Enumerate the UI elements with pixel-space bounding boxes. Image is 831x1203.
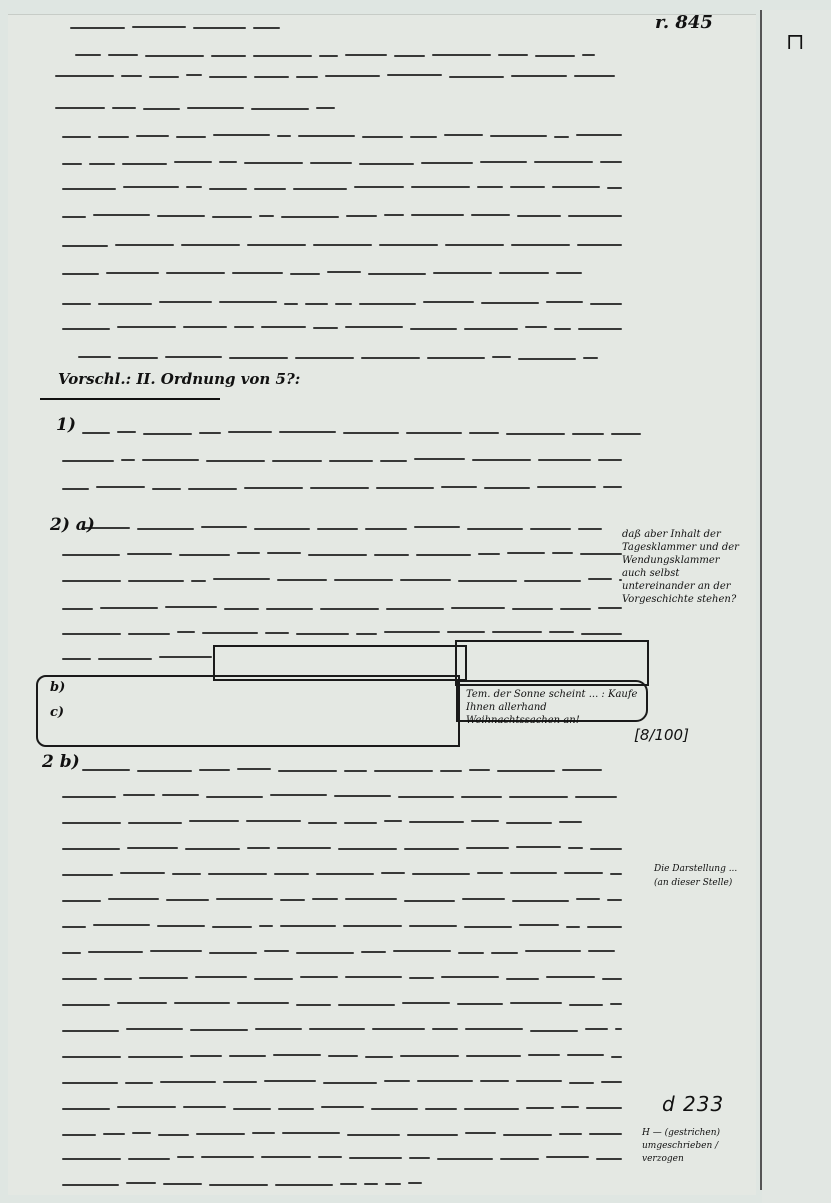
catalog-mark: [8/100] — [634, 726, 689, 744]
handwriting-stroke — [569, 1082, 594, 1084]
handwriting-stroke — [254, 188, 286, 190]
handwriting-stroke — [362, 136, 403, 138]
handwriting-stroke — [212, 926, 252, 928]
handwriting-stroke — [62, 796, 116, 798]
handwriting-stroke — [123, 794, 155, 796]
handwriting-stroke — [279, 431, 336, 433]
handwriting-stroke — [437, 1158, 493, 1160]
handwriting-stroke — [372, 1028, 425, 1030]
handwriting-stroke — [406, 432, 462, 434]
handwriting-stroke — [365, 1056, 393, 1058]
handwriting-stroke — [232, 272, 283, 274]
handwriting-stroke — [266, 608, 313, 610]
handwriting-stroke — [559, 821, 582, 823]
handwriting-stroke — [190, 1029, 248, 1031]
handwriting-stroke — [179, 554, 230, 556]
handwriting-stroke — [104, 978, 132, 980]
handwriting-stroke — [499, 272, 549, 274]
handwriting-stroke — [480, 1080, 509, 1082]
handwriting-stroke — [310, 487, 369, 489]
handwriting-stroke — [177, 631, 195, 633]
handwriting-stroke — [62, 460, 114, 462]
handwriting-stroke — [199, 769, 230, 771]
drawn-box-left — [36, 675, 460, 747]
handwriting-stroke — [380, 460, 407, 462]
margin-note-2: Die Darstellung ... (an dieser Stelle) — [654, 862, 754, 890]
handwriting-stroke — [272, 460, 322, 462]
handwriting-stroke — [55, 75, 114, 77]
handwriting-stroke — [554, 136, 569, 138]
handwriting-stroke — [293, 188, 347, 190]
handwriting-stroke — [261, 1156, 311, 1158]
handwriting-stroke — [344, 822, 377, 824]
handwriting-stroke — [75, 54, 101, 56]
handwriting-stroke — [552, 552, 573, 554]
handwriting-stroke — [188, 488, 237, 490]
handwriting-stroke — [576, 134, 622, 136]
handwriting-stroke — [264, 950, 289, 952]
handwriting-stroke — [295, 357, 354, 359]
handwriting-stroke — [277, 579, 327, 581]
handwriting-stroke — [62, 163, 82, 165]
handwriting-stroke — [512, 900, 569, 902]
handwriting-stroke — [384, 1080, 410, 1082]
handwriting-stroke — [458, 580, 517, 582]
handwriting-stroke — [409, 821, 464, 823]
handwriting-stroke — [368, 273, 426, 275]
handwriting-stroke — [404, 848, 459, 850]
handwriting-stroke — [491, 952, 518, 954]
handwriting-stroke — [233, 1108, 271, 1110]
handwriting-stroke — [98, 136, 129, 138]
handwriting-stroke — [588, 578, 612, 580]
handwriting-stroke — [567, 1054, 604, 1056]
handwriting-stroke — [150, 950, 202, 952]
handwriting-stroke — [62, 658, 91, 660]
handwriting-stroke — [247, 244, 306, 246]
handwriting-stroke — [462, 898, 505, 900]
handwriting-stroke — [321, 1106, 364, 1108]
handwriting-stroke — [510, 186, 545, 188]
handwriting-stroke — [166, 899, 209, 901]
handwriting-stroke — [282, 1132, 340, 1134]
handwriting-stroke — [385, 1183, 401, 1185]
handwriting-stroke — [229, 357, 288, 359]
handwriting-stroke — [290, 273, 320, 275]
handwriting-stroke — [365, 528, 407, 530]
handwriting-stroke — [568, 847, 583, 849]
handwriting-stroke — [530, 528, 571, 530]
adjacent-page-strip — [762, 10, 831, 1203]
handwriting-stroke — [327, 271, 361, 273]
handwriting-stroke — [381, 872, 405, 874]
handwriting-stroke — [492, 356, 511, 358]
handwriting-stroke — [409, 1157, 430, 1159]
handwriting-stroke — [183, 1106, 226, 1108]
handwriting-stroke — [340, 1183, 357, 1185]
handwriting-stroke — [120, 872, 165, 874]
handwriting-stroke — [581, 633, 622, 635]
handwriting-stroke — [209, 1184, 268, 1186]
handwriting-stroke — [568, 215, 622, 217]
handwriting-stroke — [259, 215, 274, 217]
handwriting-stroke — [490, 135, 547, 137]
handwriting-stroke — [219, 161, 237, 163]
handwriting-stroke — [317, 528, 358, 530]
handwriting-stroke — [412, 873, 470, 875]
handwriting-stroke — [252, 1132, 275, 1134]
handwriting-stroke — [410, 136, 437, 138]
handwriting-stroke — [223, 1081, 257, 1083]
handwriting-stroke — [201, 526, 247, 528]
handwriting-stroke — [588, 950, 615, 952]
handwriting-stroke — [465, 1028, 523, 1030]
handwriting-stroke — [498, 54, 528, 56]
handwriting-stroke — [323, 1082, 377, 1084]
handwriting-stroke — [165, 356, 222, 358]
handwriting-stroke — [93, 214, 150, 216]
handwriting-stroke — [409, 977, 434, 979]
handwriting-stroke — [126, 1182, 156, 1184]
handwriting-stroke — [128, 633, 170, 635]
handwriting-stroke — [296, 633, 349, 635]
handwriting-stroke — [575, 796, 617, 798]
handwriting-stroke — [562, 769, 602, 771]
handwriting-stroke — [535, 55, 575, 57]
handwriting-stroke — [62, 216, 86, 218]
handwriting-stroke — [338, 1004, 395, 1006]
handwriting-stroke — [334, 579, 393, 581]
handwriting-stroke — [209, 952, 257, 954]
handwriting-stroke — [284, 303, 298, 305]
handwriting-stroke — [234, 326, 254, 328]
handwriting-stroke — [525, 950, 581, 952]
handwriting-stroke — [318, 1156, 342, 1158]
handwriting-stroke — [275, 1184, 333, 1186]
handwriting-stroke — [264, 1080, 316, 1082]
handwriting-stroke — [199, 432, 221, 434]
handwriting-stroke — [62, 978, 97, 980]
handwriting-stroke — [123, 186, 179, 188]
handwriting-stroke — [296, 76, 318, 78]
handwriting-stroke — [62, 926, 86, 928]
handwriting-stroke — [187, 107, 244, 109]
handwriting-stroke — [229, 1055, 266, 1057]
handwriting-stroke — [159, 301, 212, 303]
handwriting-stroke — [212, 216, 252, 218]
handwriting-stroke — [507, 552, 545, 554]
handwriting-stroke — [206, 460, 265, 462]
handwriting-stroke — [62, 1134, 96, 1136]
handwriting-stroke — [93, 924, 150, 926]
handwriting-stroke — [461, 796, 502, 798]
handwriting-stroke — [163, 1183, 202, 1185]
handwriting-stroke — [62, 1184, 119, 1186]
handwriting-stroke — [237, 768, 271, 770]
handwriting-stroke — [578, 528, 602, 530]
handwriting-stroke — [433, 272, 492, 274]
handwriting-stroke — [410, 328, 457, 330]
handwriting-stroke — [62, 822, 121, 824]
handwriting-stroke — [62, 136, 91, 138]
handwriting-stroke — [82, 432, 110, 434]
handwriting-stroke — [136, 135, 169, 137]
handwriting-stroke — [409, 925, 457, 927]
handwriting-stroke — [374, 554, 409, 556]
handwriting-stroke — [82, 769, 130, 771]
handwriting-stroke — [62, 1056, 121, 1058]
handwriting-stroke — [546, 301, 583, 303]
handwriting-stroke — [267, 552, 301, 554]
marker-2a: 2) a) — [50, 515, 95, 535]
handwriting-stroke — [244, 487, 303, 489]
marker-2b: 2 b) — [42, 752, 80, 772]
handwriting-stroke — [411, 186, 470, 188]
handwriting-stroke — [62, 608, 93, 610]
handwriting-stroke — [384, 214, 404, 216]
handwriting-stroke — [449, 76, 504, 78]
handwriting-stroke — [98, 303, 152, 305]
handwriting-stroke — [117, 326, 176, 328]
handwriting-stroke — [566, 926, 580, 928]
handwriting-stroke — [444, 134, 483, 136]
handwriting-stroke — [400, 1055, 459, 1057]
handwriting-stroke — [407, 1134, 458, 1136]
handwriting-stroke — [335, 303, 352, 305]
handwriting-stroke — [254, 76, 289, 78]
handwriting-stroke — [414, 458, 465, 460]
handwriting-stroke — [564, 872, 603, 874]
handwriting-stroke — [96, 486, 145, 488]
handwriting-stroke — [384, 820, 402, 822]
handwriting-stroke — [506, 978, 539, 980]
handwriting-stroke — [193, 27, 246, 29]
handwriting-stroke — [517, 215, 561, 217]
handwriting-stroke — [190, 1055, 222, 1057]
handwriting-stroke — [445, 244, 504, 246]
handwriting-stroke — [484, 487, 530, 489]
handwriting-stroke — [425, 1108, 457, 1110]
handwriting-stroke — [125, 1082, 153, 1084]
handwriting-stroke — [142, 459, 199, 461]
handwriting-stroke — [132, 26, 186, 28]
handwriting-stroke — [157, 925, 205, 927]
handwriting-stroke — [211, 55, 246, 57]
handwriting-stroke — [152, 488, 181, 490]
handwriting-stroke — [404, 900, 455, 902]
handwriting-stroke — [165, 606, 217, 608]
handwriting-stroke — [580, 553, 622, 555]
handwriting-stroke — [343, 925, 402, 927]
handwriting-stroke — [574, 75, 615, 77]
handwriting-stroke — [308, 822, 337, 824]
handwriting-stroke — [149, 76, 179, 78]
handwriting-stroke — [345, 898, 397, 900]
handwriting-stroke — [253, 27, 280, 29]
handwriting-stroke — [577, 244, 622, 246]
handwriting-stroke — [312, 898, 338, 900]
handwriting-stroke — [128, 1158, 170, 1160]
handwriting-stroke — [364, 1183, 378, 1185]
handwriting-stroke — [281, 216, 339, 218]
handwriting-stroke — [213, 578, 270, 580]
handwriting-stroke — [62, 303, 91, 305]
handwriting-stroke — [471, 214, 510, 216]
handwriting-stroke — [145, 55, 204, 57]
handwriting-stroke — [354, 186, 404, 188]
handwriting-stroke — [510, 872, 557, 874]
handwriting-stroke — [316, 873, 374, 875]
handwriting-stroke — [387, 74, 442, 76]
handwriting-stroke — [62, 1158, 121, 1160]
handwriting-stroke — [158, 1134, 189, 1136]
handwriting-stroke — [305, 303, 328, 305]
handwriting-stroke — [516, 1080, 562, 1082]
handwriting-stroke — [469, 432, 499, 434]
handwriting-stroke — [526, 1107, 554, 1109]
handwriting-stroke — [464, 328, 518, 330]
handwriting-stroke — [549, 631, 574, 633]
handwriting-stroke — [62, 328, 110, 330]
handwriting-stroke — [162, 794, 199, 796]
handwriting-stroke — [62, 273, 99, 275]
handwriting-stroke — [611, 433, 641, 435]
handwriting-stroke — [546, 1156, 589, 1158]
handwriting-stroke — [62, 580, 121, 582]
handwriting-stroke — [344, 770, 367, 772]
handwriting-stroke — [112, 107, 136, 109]
handwriting-stroke — [186, 74, 202, 76]
handwriting-stroke — [537, 486, 596, 488]
handwriting-stroke — [118, 357, 158, 359]
handwriting-stroke — [441, 486, 477, 488]
handwriting-stroke — [509, 796, 568, 798]
heading-underline — [40, 398, 220, 400]
handwriting-stroke — [265, 632, 289, 634]
handwriting-stroke — [384, 631, 440, 633]
handwriting-stroke — [115, 244, 174, 246]
handwriting-stroke — [578, 328, 622, 330]
handwriting-stroke — [117, 1106, 176, 1108]
handwriting-stroke — [525, 326, 547, 328]
handwriting-stroke — [277, 847, 331, 849]
handwriting-stroke — [62, 245, 108, 247]
handwriting-stroke — [538, 459, 591, 461]
handwriting-stroke — [480, 161, 527, 163]
handwriting-stroke — [159, 656, 212, 658]
handwriting-stroke — [70, 27, 125, 29]
margin-note-1: daß aber Inhalt der Tagesklammer und der… — [622, 528, 742, 606]
handwriting-stroke — [127, 847, 178, 849]
handwriting-stroke — [376, 487, 434, 489]
handwriting-stroke — [394, 55, 425, 57]
handwriting-stroke — [615, 1028, 622, 1030]
handwriting-stroke — [62, 488, 89, 490]
handwriting-stroke — [206, 796, 263, 798]
handwriting-stroke — [518, 358, 576, 360]
handwriting-stroke — [345, 54, 387, 56]
handwriting-stroke — [121, 459, 135, 461]
handwriting-stroke — [466, 847, 509, 849]
handwriting-stroke — [78, 356, 111, 358]
handwriting-stroke — [393, 950, 451, 952]
handwriting-stroke — [346, 215, 377, 217]
section-heading: Vorschl.: II. Ordnung von 5?: — [58, 370, 300, 388]
handwriting-stroke — [585, 1028, 608, 1030]
handwriting-stroke — [472, 459, 531, 461]
handwriting-stroke — [137, 770, 192, 772]
handwriting-stroke — [347, 1134, 400, 1136]
handwriting-stroke — [607, 899, 622, 901]
handwriting-stroke — [139, 977, 188, 979]
handwriting-stroke — [440, 770, 462, 772]
handwriting-stroke — [103, 1133, 125, 1135]
handwriting-stroke — [253, 55, 312, 57]
handwriting-stroke — [88, 951, 143, 953]
handwriting-stroke — [117, 1002, 167, 1004]
handwriting-stroke — [534, 161, 593, 163]
handwriting-stroke — [62, 874, 113, 876]
handwriting-stroke — [201, 1156, 254, 1158]
handwriting-stroke — [128, 1056, 183, 1058]
handwriting-stroke — [62, 188, 116, 190]
handwriting-stroke — [128, 822, 182, 824]
handwriting-stroke — [106, 272, 159, 274]
handwriting-stroke — [600, 161, 622, 163]
handwriting-stroke — [224, 608, 259, 610]
handwriting-stroke — [325, 75, 380, 77]
handwriting-stroke — [560, 608, 591, 610]
handwriting-stroke — [590, 848, 622, 850]
archive-number: d 233 — [662, 1092, 724, 1116]
handwriting-stroke — [398, 796, 454, 798]
handwriting-stroke — [62, 1004, 110, 1006]
handwriting-stroke — [219, 301, 277, 303]
handwriting-stroke — [361, 357, 420, 359]
handwriting-stroke — [309, 1028, 365, 1030]
handwriting-stroke — [208, 873, 267, 875]
handwriting-stroke — [274, 873, 309, 875]
handwriting-stroke — [524, 580, 581, 582]
handwriting-stroke — [237, 552, 260, 554]
drawn-box-top — [213, 645, 467, 681]
handwriting-stroke — [202, 632, 258, 634]
handwriting-stroke — [185, 848, 240, 850]
handwriting-stroke — [255, 1028, 302, 1030]
handwriting-stroke — [601, 1081, 622, 1083]
handwriting-stroke — [127, 553, 172, 555]
handwriting-stroke — [254, 528, 310, 530]
handwriting-stroke — [400, 579, 451, 581]
handwriting-stroke — [143, 108, 180, 110]
handwriting-stroke — [189, 820, 239, 822]
handwriting-stroke — [157, 215, 205, 217]
handwriting-stroke — [89, 163, 115, 165]
handwriting-stroke — [556, 272, 582, 274]
handwriting-stroke — [590, 303, 622, 305]
handwriting-stroke — [296, 1004, 331, 1006]
handwriting-stroke — [464, 926, 512, 928]
handwriting-stroke — [62, 554, 120, 556]
handwriting-stroke — [195, 976, 247, 978]
handwriting-stroke — [247, 847, 270, 849]
handwriting-stroke — [296, 952, 354, 954]
handwriting-stroke — [466, 1055, 521, 1057]
handwriting-stroke — [511, 244, 570, 246]
handwriting-stroke — [569, 1004, 603, 1006]
handwriting-stroke — [554, 328, 571, 330]
handwriting-stroke — [477, 186, 503, 188]
